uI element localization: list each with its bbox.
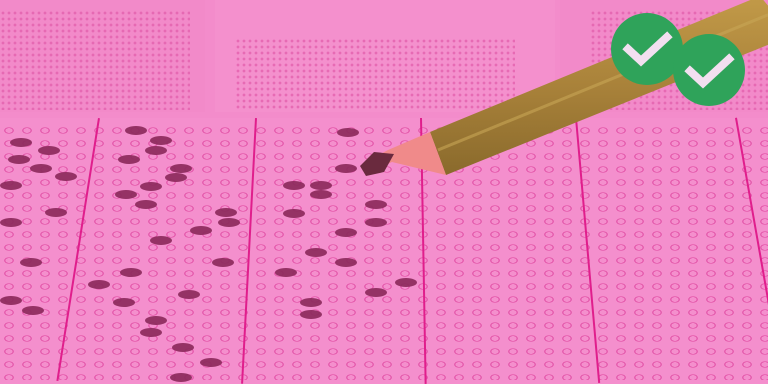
filled-bubble [120,268,142,277]
filled-bubble [337,128,359,137]
filled-bubble [0,218,22,227]
filled-bubble [115,190,137,199]
filled-bubble [300,310,322,319]
filled-bubble [165,173,187,182]
header-grid-left [0,10,190,110]
filled-bubble [125,126,147,135]
filled-bubble [145,146,167,155]
filled-bubble [395,278,417,287]
filled-bubble [118,155,140,164]
filled-bubble [10,138,32,147]
filled-bubble [365,218,387,227]
filled-bubble [0,181,22,190]
answer-sheet-photo: Pink-tinted photo of a bubble answer she… [0,0,768,384]
filled-bubble [335,258,357,267]
filled-bubble [22,306,44,315]
filled-bubble [145,316,167,325]
filled-bubble [310,181,332,190]
filled-bubble [55,172,77,181]
checkmark-badge-2 [673,34,745,106]
filled-bubble [45,208,67,217]
filled-bubble [335,164,357,173]
filled-bubble [275,268,297,277]
filled-bubble [135,200,157,209]
filled-bubble [140,328,162,337]
filled-bubble [140,182,162,191]
filled-bubble [215,208,237,217]
filled-bubble [30,164,52,173]
filled-bubble [178,290,200,299]
filled-bubble [113,298,135,307]
filled-bubble [0,296,22,305]
filled-bubble [365,200,387,209]
pencil-lead [360,152,394,176]
filled-bubble [150,236,172,245]
filled-bubble [305,248,327,257]
filled-bubble [212,258,234,267]
filled-bubble [88,280,110,289]
check-icon [673,34,745,106]
filled-bubble [20,258,42,267]
filled-bubble [8,155,30,164]
filled-bubble [365,288,387,297]
filled-bubble [150,136,172,145]
filled-bubble [310,190,332,199]
filled-bubble [38,146,60,155]
filled-bubble [335,228,357,237]
filled-bubble [170,164,192,173]
filled-bubble [283,181,305,190]
filled-bubble [200,358,222,367]
filled-bubble [300,298,322,307]
filled-bubble [172,343,194,352]
filled-bubble [218,218,240,227]
filled-bubble [170,373,192,382]
filled-bubble [190,226,212,235]
filled-bubble [283,209,305,218]
